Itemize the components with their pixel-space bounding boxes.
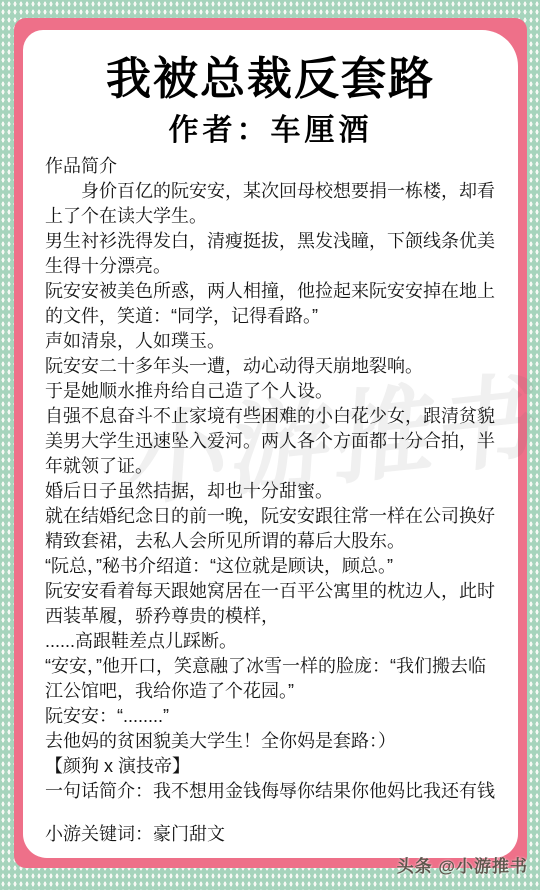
book-title: 我被总裁反套路 [23,54,518,104]
synopsis-paragraph: ......高跟鞋差点儿踩断。 [45,629,497,654]
toutiao-watermark: 头条 @小游推书 [397,852,528,877]
synopsis-paragraph: 阮安安二十多年头一遭，动心动得天崩地裂响。 [45,354,497,379]
checkered-background: 小游推书 我被总裁反套路 作者：车厘酒 作品简介 身价百亿的阮安安，某次回母校想… [0,0,540,890]
synopsis-paragraph: 阮安安看着每天跟她窝居在一百平公寓里的枕边人，此时西装革履，骄矜尊贵的模样， [45,579,497,629]
pink-frame: 小游推书 我被总裁反套路 作者：车厘酒 作品简介 身价百亿的阮安安，某次回母校想… [14,18,527,868]
synopsis-paragraph: 自强不息奋斗不止家境有些困难的小白花少女，跟清贫貌美男大学生迅速坠入爱河。两人各… [45,404,497,479]
synopsis-paragraph: 去他妈的贫困貌美大学生！全你妈是套路：） [45,729,497,754]
section-label: 作品简介 [45,154,497,179]
synopsis-paragraph: 一句话简介：我不想用金钱侮辱你结果你他妈比我还有钱 [45,779,497,804]
synopsis-paragraph: “阮总，”秘书介绍道：“这位就是顾诀，顾总。” [45,554,497,579]
synopsis-paragraph: 声如清泉，人如璞玉。 [45,329,497,354]
synopsis-paragraph: 阮安安：“........” [45,704,497,729]
synopsis-paragraph: 身价百亿的阮安安，某次回母校想要捐一栋楼，却看上了个在读大学生。 [45,179,497,229]
content-card: 小游推书 我被总裁反套路 作者：车厘酒 作品简介 身价百亿的阮安安，某次回母校想… [23,30,518,858]
synopsis-paragraph: 就在结婚纪念日的前一晚，阮安安跟往常一样在公司换好精致套裙，去私人会所见所谓的幕… [45,504,497,554]
card-content: 我被总裁反套路 作者：车厘酒 作品简介 身价百亿的阮安安，某次回母校想要捐一栋楼… [23,54,518,847]
keyword-line: 小游关键词：豪门甜文 [45,822,497,847]
synopsis: 身价百亿的阮安安，某次回母校想要捐一栋楼，却看上了个在读大学生。男生衬衫洗得发白… [45,179,497,804]
synopsis-paragraph: 男生衬衫洗得发白，清瘦挺拔，黑发浅瞳，下颌线条优美生得十分漂亮。 [45,229,497,279]
synopsis-paragraph: 【颜狗 x 演技帝】 [45,754,497,779]
synopsis-paragraph: “安安，”他开口，笑意融了冰雪一样的脸庞：“我们搬去临江公馆吧，我给你造了个花园… [45,654,497,704]
synopsis-paragraph: 婚后日子虽然拮据，却也十分甜蜜。 [45,479,497,504]
synopsis-paragraph: 于是她顺水推舟给自己造了个人设。 [45,379,497,404]
synopsis-paragraph: 阮安安被美色所惑，两人相撞，他捡起来阮安安掉在地上的文件，笑道：“同学，记得看路… [45,279,497,329]
author-line: 作者：车厘酒 [23,113,518,149]
